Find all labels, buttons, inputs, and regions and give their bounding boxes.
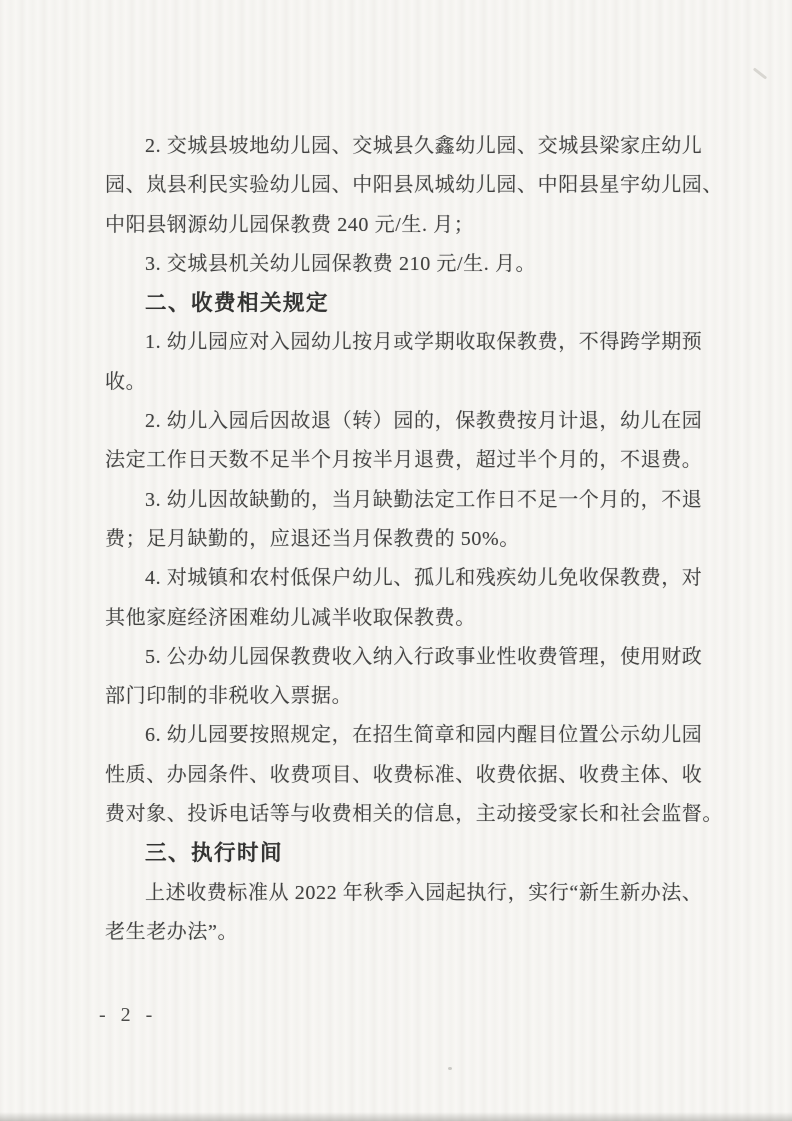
document-line: 3. 幼儿因故缺勤的，当月缺勤法定工作日不足一个月的，不退 <box>105 481 705 520</box>
document-line: 3. 交城县机关幼儿园保教费 210 元/生. 月。 <box>105 245 705 284</box>
document-line: 其他家庭经济困难幼儿减半收取保教费。 <box>105 599 705 638</box>
scan-smudge <box>753 67 767 79</box>
scan-speck <box>448 1067 452 1070</box>
document-line: 部门印制的非税收入票据。 <box>105 677 705 716</box>
document-line: 费；足月缺勤的，应退还当月保教费的 50%。 <box>105 520 705 559</box>
document-line: 老生老办法”。 <box>105 913 705 952</box>
document-line: 性质、办园条件、收费项目、收费标准、收费依据、收费主体、收 <box>105 756 705 795</box>
page-number: - 2 - <box>99 1004 157 1027</box>
document-line: 二、收费相关规定 <box>105 284 705 323</box>
document-line: 5. 公办幼儿园保教费收入纳入行政事业性收费管理，使用财政 <box>105 638 705 677</box>
document-line: 4. 对城镇和农村低保户幼儿、孤儿和残疾幼儿免收保教费，对 <box>105 559 705 598</box>
document-line: 三、执行时间 <box>105 834 705 873</box>
document-line: 上述收费标准从 2022 年秋季入园起执行，实行“新生新办法、 <box>105 874 705 913</box>
document-line: 园、岚县利民实验幼儿园、中阳县凤城幼儿园、中阳县星宇幼儿园、 <box>105 166 705 205</box>
document-line: 6. 幼儿园要按照规定，在招生简章和园内醒目位置公示幼儿园 <box>105 716 705 755</box>
document-line: 2. 幼儿入园后因故退（转）园的，保教费按月计退，幼儿在园 <box>105 402 705 441</box>
document-line: 1. 幼儿园应对入园幼儿按月或学期收取保教费，不得跨学期预 <box>105 323 705 362</box>
document-line: 费对象、投诉电话等与收费相关的信息，主动接受家长和社会监督。 <box>105 795 705 834</box>
scanned-document-page: 2. 交城县坡地幼儿园、交城县久鑫幼儿园、交城县梁家庄幼儿 园、岚县利民实验幼儿… <box>0 0 792 1121</box>
document-text-block: 2. 交城县坡地幼儿园、交城县久鑫幼儿园、交城县梁家庄幼儿 园、岚县利民实验幼儿… <box>105 127 705 952</box>
document-line: 法定工作日天数不足半个月按半月退费，超过半个月的，不退费。 <box>105 441 705 480</box>
document-line: 中阳县钢源幼儿园保教费 240 元/生. 月； <box>105 206 705 245</box>
scan-edge-shadow <box>0 1112 792 1121</box>
document-line: 2. 交城县坡地幼儿园、交城县久鑫幼儿园、交城县梁家庄幼儿 <box>105 127 705 166</box>
document-line: 收。 <box>105 363 705 402</box>
